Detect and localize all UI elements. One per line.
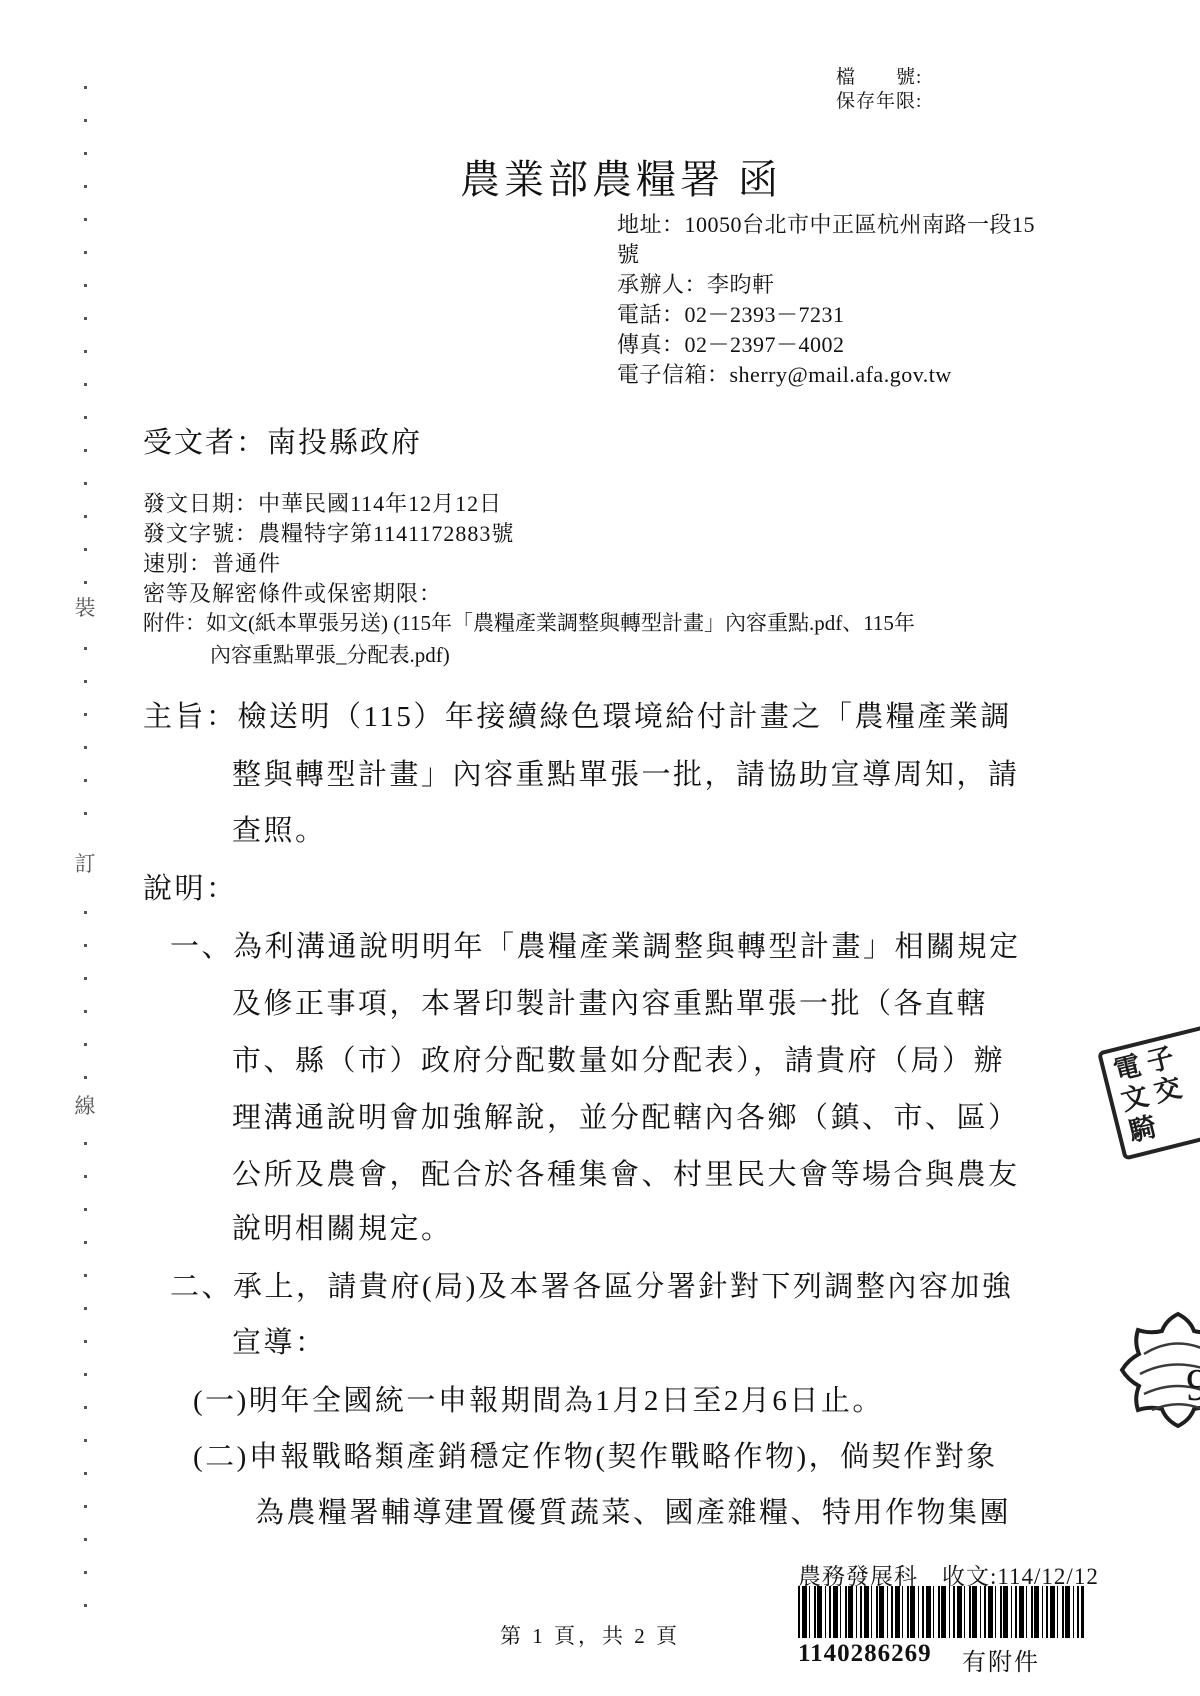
item1-line3: 市、縣（市）政府分配數量如分配表），請貴府（局）辦 [232, 1038, 1005, 1079]
sender-address-line1: 地址：10050台北市中正區杭州南路一段15 [617, 208, 1035, 239]
subject-line1: 主旨：檢送明（115）年接續綠色環境給付計畫之「農糧產業調 [143, 694, 1012, 735]
subject-line2: 整與轉型計畫」內容重點單張一批，請協助宣導周知，請 [232, 752, 1020, 793]
barcode [798, 1586, 1084, 1638]
security-line: 密等及解密條件或保密期限： [143, 577, 442, 608]
item1-line2: 及修正事項，本署印製計畫內容重點單張一批（各直轄 [232, 981, 988, 1022]
electronic-exchange-stamp: 電子 文交 騎 [1097, 1022, 1200, 1161]
recipient-line: 受文者：南投縣政府 [143, 420, 422, 461]
receipt-seal-icon: 9 [1116, 1308, 1200, 1432]
binding-mark-ding: 訂 [71, 842, 99, 884]
sender-contact-person: 承辦人：李昀軒 [617, 268, 775, 299]
doc-number-line: 發文字號：農糧特字第1141172883號 [143, 517, 514, 548]
official-letter-page: 檔 號: 保存年限: 農業部農糧署 函 地址：10050台北市中正區杭州南路一段… [0, 0, 1200, 1696]
item1-line6: 說明相關規定。 [232, 1206, 453, 1247]
page-indicator: 第 1 頁，共 2 頁 [500, 1620, 680, 1650]
subitem1-line: (一)明年全國統一申報期間為1月2日至2月6日止。 [193, 1378, 884, 1419]
item2-line1: 二、承上，請貴府(局)及本署各區分署針對下列調整內容加強 [170, 1264, 1013, 1305]
attachment-flag: 有附件 [962, 1642, 1040, 1677]
binding-mark-xian: 線 [71, 1084, 99, 1126]
sender-fax: 傳真：02－2397－4002 [617, 328, 845, 359]
barcode-number: 1140286269 [798, 1640, 932, 1668]
attachment-line1: 附件：如文(紙本單張另送) (115年「農糧產業調整與轉型計畫」內容重點.pdf… [143, 607, 915, 637]
item1-line5: 公所及農會，配合於各種集會、村里民大會等場合與農友 [232, 1152, 1020, 1193]
seal-number: 9 [1186, 1359, 1200, 1410]
document-title: 農業部農糧署 函 [460, 148, 782, 205]
item1-line4: 理溝通說明會加強解說，並分配轄內各鄉（鎮、市、區） [232, 1095, 1020, 1136]
item2-line2: 宣導： [232, 1320, 327, 1361]
priority-line: 速別：普通件 [143, 547, 281, 578]
sender-email: 電子信箱：sherry@mail.afa.gov.tw [617, 358, 952, 389]
subject-line3: 查照。 [232, 808, 327, 849]
subitem2-line1: (二)申報戰略類產銷穩定作物(契作戰略作物)，倘契作對象 [193, 1434, 998, 1475]
retention-period-label: 保存年限: [836, 86, 922, 113]
item1-line1: 一、為利溝通說明明年「農糧產業調整與轉型計畫」相關規定 [170, 924, 1021, 965]
issue-date-line: 發文日期：中華民國114年12月12日 [143, 487, 502, 518]
attachment-line2: 內容重點單張_分配表.pdf) [210, 639, 450, 669]
sender-phone: 電話：02－2393－7231 [617, 298, 845, 329]
file-number-label: 檔 號: [836, 62, 922, 89]
explanation-label: 說明： [143, 866, 238, 907]
subitem2-line2: 為農糧署輔導建置優質蔬菜、國產雜糧、特用作物集團 [255, 1490, 1011, 1531]
binding-mark-zhuang: 裝 [71, 586, 99, 628]
sender-address-line2: 號 [617, 238, 640, 269]
